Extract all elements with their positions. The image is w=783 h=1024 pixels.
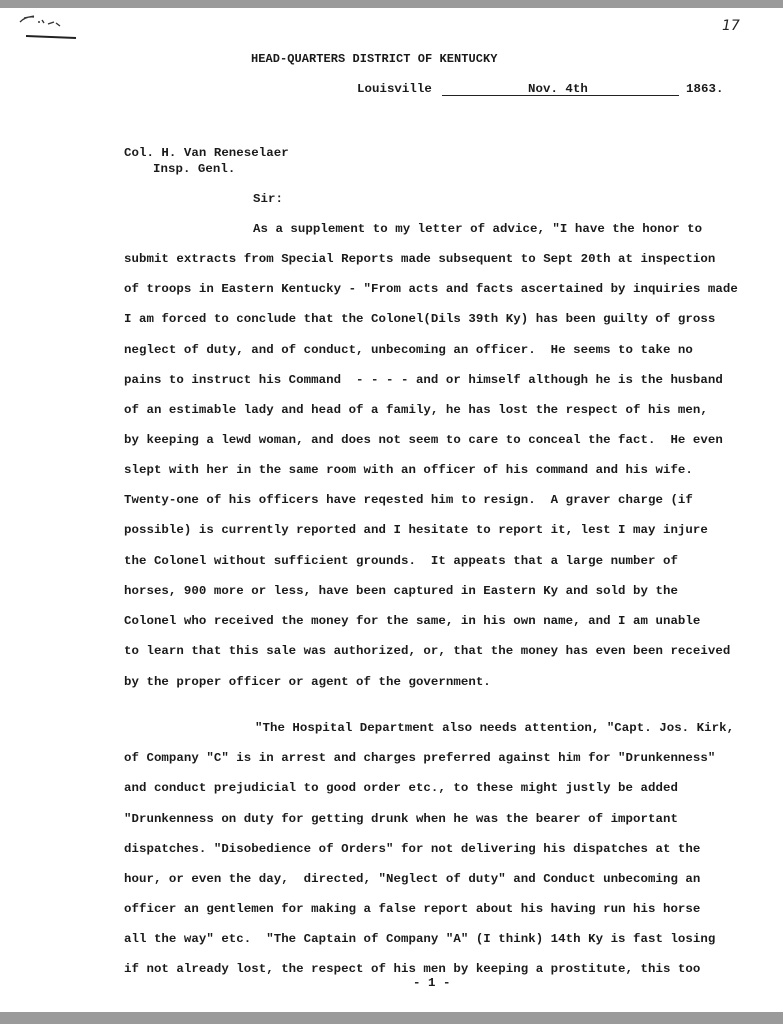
- year: 1863.: [686, 82, 723, 96]
- text-line: possible) is currently reported and I he…: [124, 523, 708, 537]
- text-line: hour, or even the day, directed, "Neglec…: [124, 872, 700, 886]
- text-line: and conduct prejudicial to good order et…: [124, 781, 678, 795]
- date: Nov. 4th: [528, 82, 588, 96]
- text-line: pains to instruct his Command - - - - an…: [124, 373, 723, 387]
- text-line: As a supplement to my letter of advice, …: [253, 222, 702, 236]
- text-line: horses, 900 more or less, have been capt…: [124, 584, 678, 598]
- salutation: Sir:: [253, 192, 283, 206]
- text-line: "The Hospital Department also needs atte…: [255, 721, 734, 735]
- text-line: of Company "C" is in arrest and charges …: [124, 751, 715, 765]
- viewer-top-border: [0, 0, 783, 8]
- text-line: if not already lost, the respect of his …: [124, 962, 700, 976]
- text-line: I am forced to conclude that the Colonel…: [124, 312, 715, 326]
- text-line: submit extracts from Special Reports mad…: [124, 252, 715, 266]
- viewer-bottom-border: [0, 1012, 783, 1024]
- text-line: all the way" etc. "The Captain of Compan…: [124, 932, 715, 946]
- text-line: "Drunkenness on duty for getting drunk w…: [124, 812, 678, 826]
- text-line: slept with her in the same room with an …: [124, 463, 693, 477]
- place: Louisville: [357, 82, 432, 96]
- footer-page-number: - 1 -: [413, 976, 450, 990]
- text-line: Colonel who received the money for the s…: [124, 614, 700, 628]
- text-line: to learn that this sale was authorized, …: [124, 644, 730, 658]
- text-line: officer an gentlemen for making a false …: [124, 902, 700, 916]
- text-line: dispatches. "Disobedience of Orders" for…: [124, 842, 700, 856]
- text-line: of an estimable lady and head of a famil…: [124, 403, 708, 417]
- addressee-title: Insp. Genl.: [153, 162, 235, 176]
- text-line: by the proper officer or agent of the go…: [124, 675, 491, 689]
- addressee-name: Col. H. Van Reneselaer: [124, 146, 289, 160]
- text-line: neglect of duty, and of conduct, unbecom…: [124, 343, 693, 357]
- text-line: by keeping a lewd woman, and does not se…: [124, 433, 723, 447]
- text-line: of troops in Eastern Kentucky - "From ac…: [124, 282, 738, 296]
- text-line: the Colonel without sufficient grounds. …: [124, 554, 678, 568]
- archive-stamp-mark: [16, 12, 78, 42]
- text-line: Twenty-one of his officers have reqested…: [124, 493, 693, 507]
- letterhead: HEAD-QUARTERS DISTRICT OF KENTUCKY: [251, 52, 498, 66]
- handwritten-page-number: 17: [722, 18, 740, 34]
